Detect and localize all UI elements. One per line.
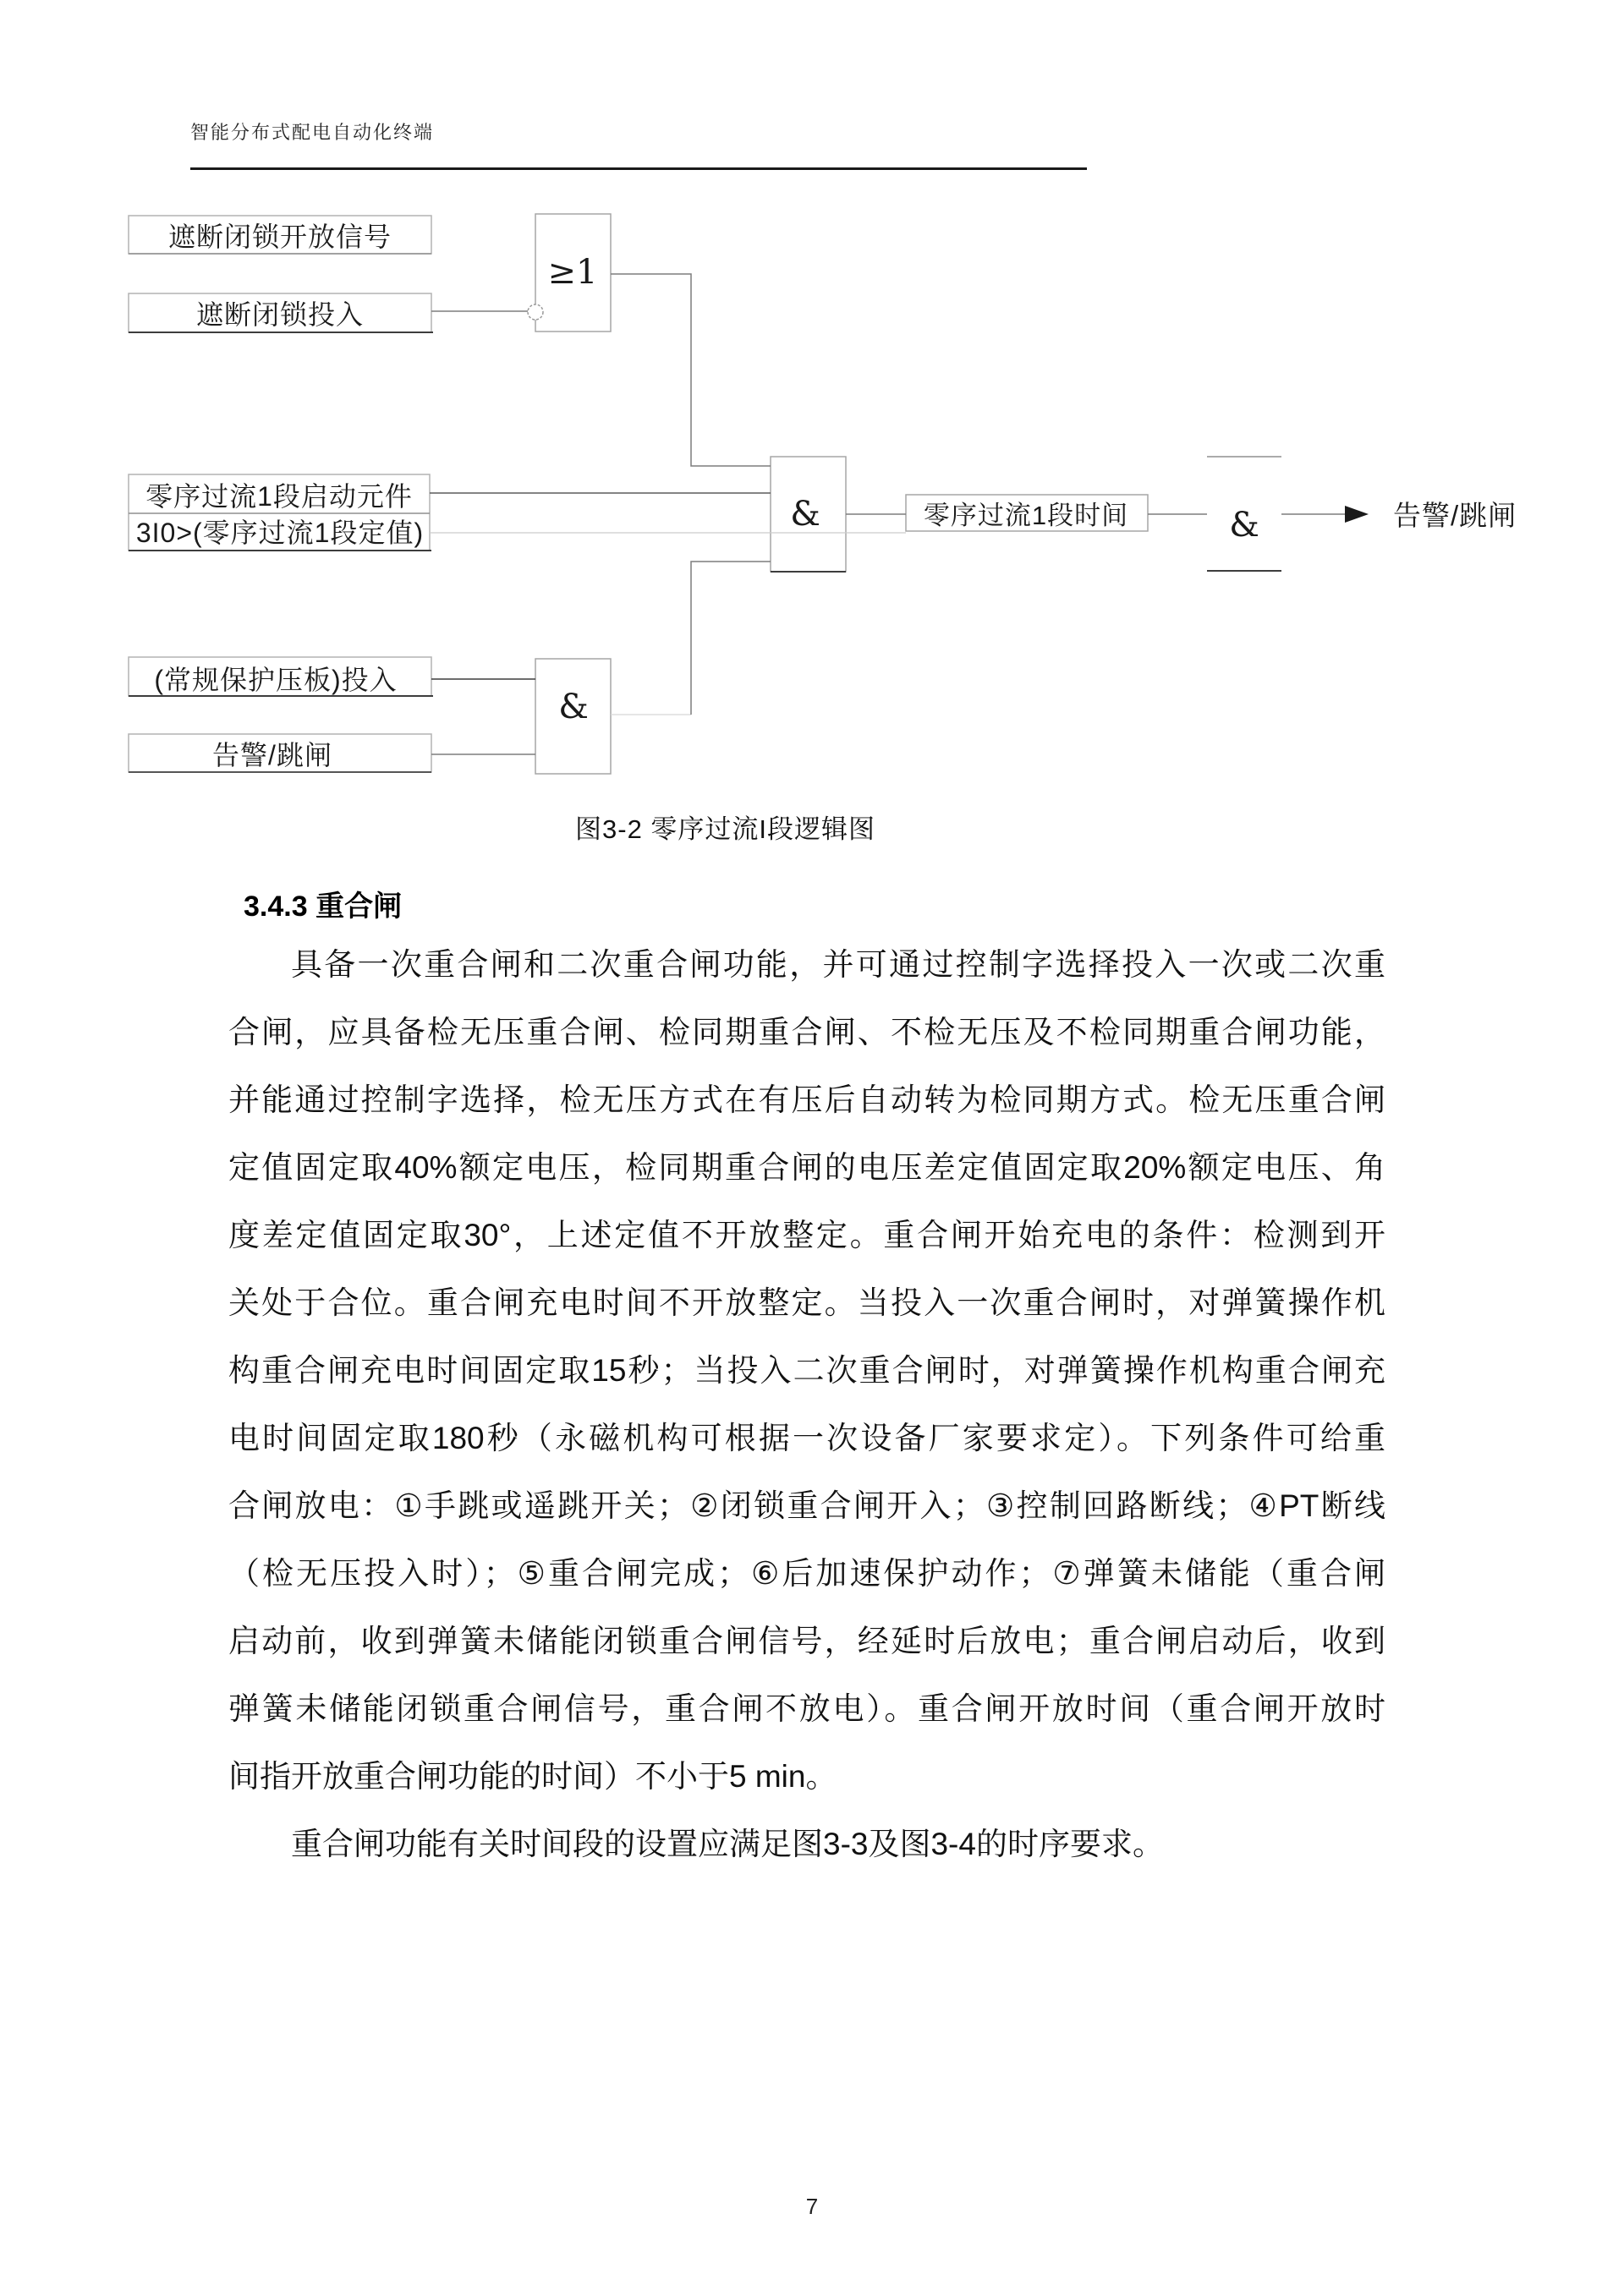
input-label-block-open-signal: 遮断闭锁开放信号: [168, 222, 392, 252]
wire-or-to-and: [611, 274, 771, 466]
paragraph-line: 具备一次重合闸和二次重合闸功能，并可通过控制字选择投入一次或二次重: [228, 931, 1385, 999]
paragraph-line: 并能通过控制字选择，检无压方式在有压后自动转为检同期方式。检无压重合闸: [228, 1066, 1385, 1134]
paragraph-line: 合闸，应具备检无压重合闸、检同期重合闸、不检无压及不检同期重合闸功能，: [228, 999, 1385, 1066]
arrowhead-icon: [1345, 506, 1369, 523]
and-gate-output-symbol: &: [1229, 506, 1259, 545]
output-label-alarm-trip: 告警/跳闸: [1393, 500, 1517, 531]
logic-diagram: 遮断闭锁开放信号 遮断闭锁投入 ≥1 零序过流1段启动元件 3I0>(零序过流1…: [0, 0, 1624, 795]
paragraph-line: 度差定值固定取30°，上述定值不开放整定。重合闸开始充电的条件：检测到开: [228, 1202, 1385, 1269]
paragraph-line: 合闸放电：①手跳或遥跳开关；②闭锁重合闸开入；③控制回路断线；④PT断线: [228, 1472, 1385, 1540]
or-gate-symbol: ≥1: [548, 253, 598, 292]
paragraph-line: 关处于合位。重合闸充电时间不开放整定。当投入一次重合闸时，对弹簧操作机: [228, 1269, 1385, 1337]
paragraph-line: 弹簧未储能闭锁重合闸信号，重合闸不放电）。重合闸开放时间（重合闸开放时: [228, 1675, 1385, 1743]
paragraph-line: （检无压投入时）；⑤重合闸完成；⑥后加速保护动作；⑦弹簧未储能（重合闸: [228, 1540, 1385, 1608]
and-gate-main-symbol: &: [790, 495, 820, 534]
paragraph-line: 定值固定取40%额定电压，检同期重合闸的电压差定值固定取20%额定电压、角: [228, 1134, 1385, 1202]
paragraph-line: 间指开放重合闸功能的时间）不小于5 min。: [228, 1743, 1385, 1811]
input-label-zero-seq-start: 零序过流1段启动元件: [145, 481, 413, 512]
input-label-zero-seq-setting: 3I0>(零序过流1段定值): [136, 518, 424, 548]
paragraph-line: 启动前，收到弹簧未储能闭锁重合闸信号，经延时后放电；重合闸启动后，收到: [228, 1608, 1385, 1675]
input-label-alarm-trip: 告警/跳闸: [212, 740, 332, 770]
inverter-bubble-icon: [528, 304, 543, 320]
paragraph-2: 重合闸功能有关时间段的设置应满足图3-3及图3-4的时序要求。: [228, 1811, 1385, 1878]
input-label-block-enable: 遮断闭锁投入: [196, 299, 364, 330]
wire-lower-and-to-main-and: [691, 562, 771, 715]
timer-box-label: 零序过流1段时间: [924, 501, 1128, 530]
input-label-protection-plate: (常规保护压板)投入: [154, 665, 397, 695]
section-heading: 3.4.3 重合闸: [244, 883, 402, 924]
paragraph-1: 具备一次重合闸和二次重合闸功能，并可通过控制字选择投入一次或二次重合闸，应具备检…: [228, 931, 1385, 1811]
paragraph-line: 构重合闸充电时间固定取15秒；当投入二次重合闸时，对弹簧操作机构重合闸充: [228, 1337, 1385, 1405]
and-gate-lower-symbol: &: [558, 688, 589, 726]
paragraph-line: 电时间固定取180秒（永磁机构可根据一次设备厂家要求定）。下列条件可给重: [228, 1405, 1385, 1472]
document-page: 智能分布式配电自动化终端 遮断闭锁开放信号 遮断闭锁投入 ≥1 零序过流1段启动…: [0, 0, 1624, 2296]
figure-caption: 图3-2 零序过流I段逻辑图: [575, 808, 875, 846]
page-number: 7: [0, 2194, 1624, 2220]
